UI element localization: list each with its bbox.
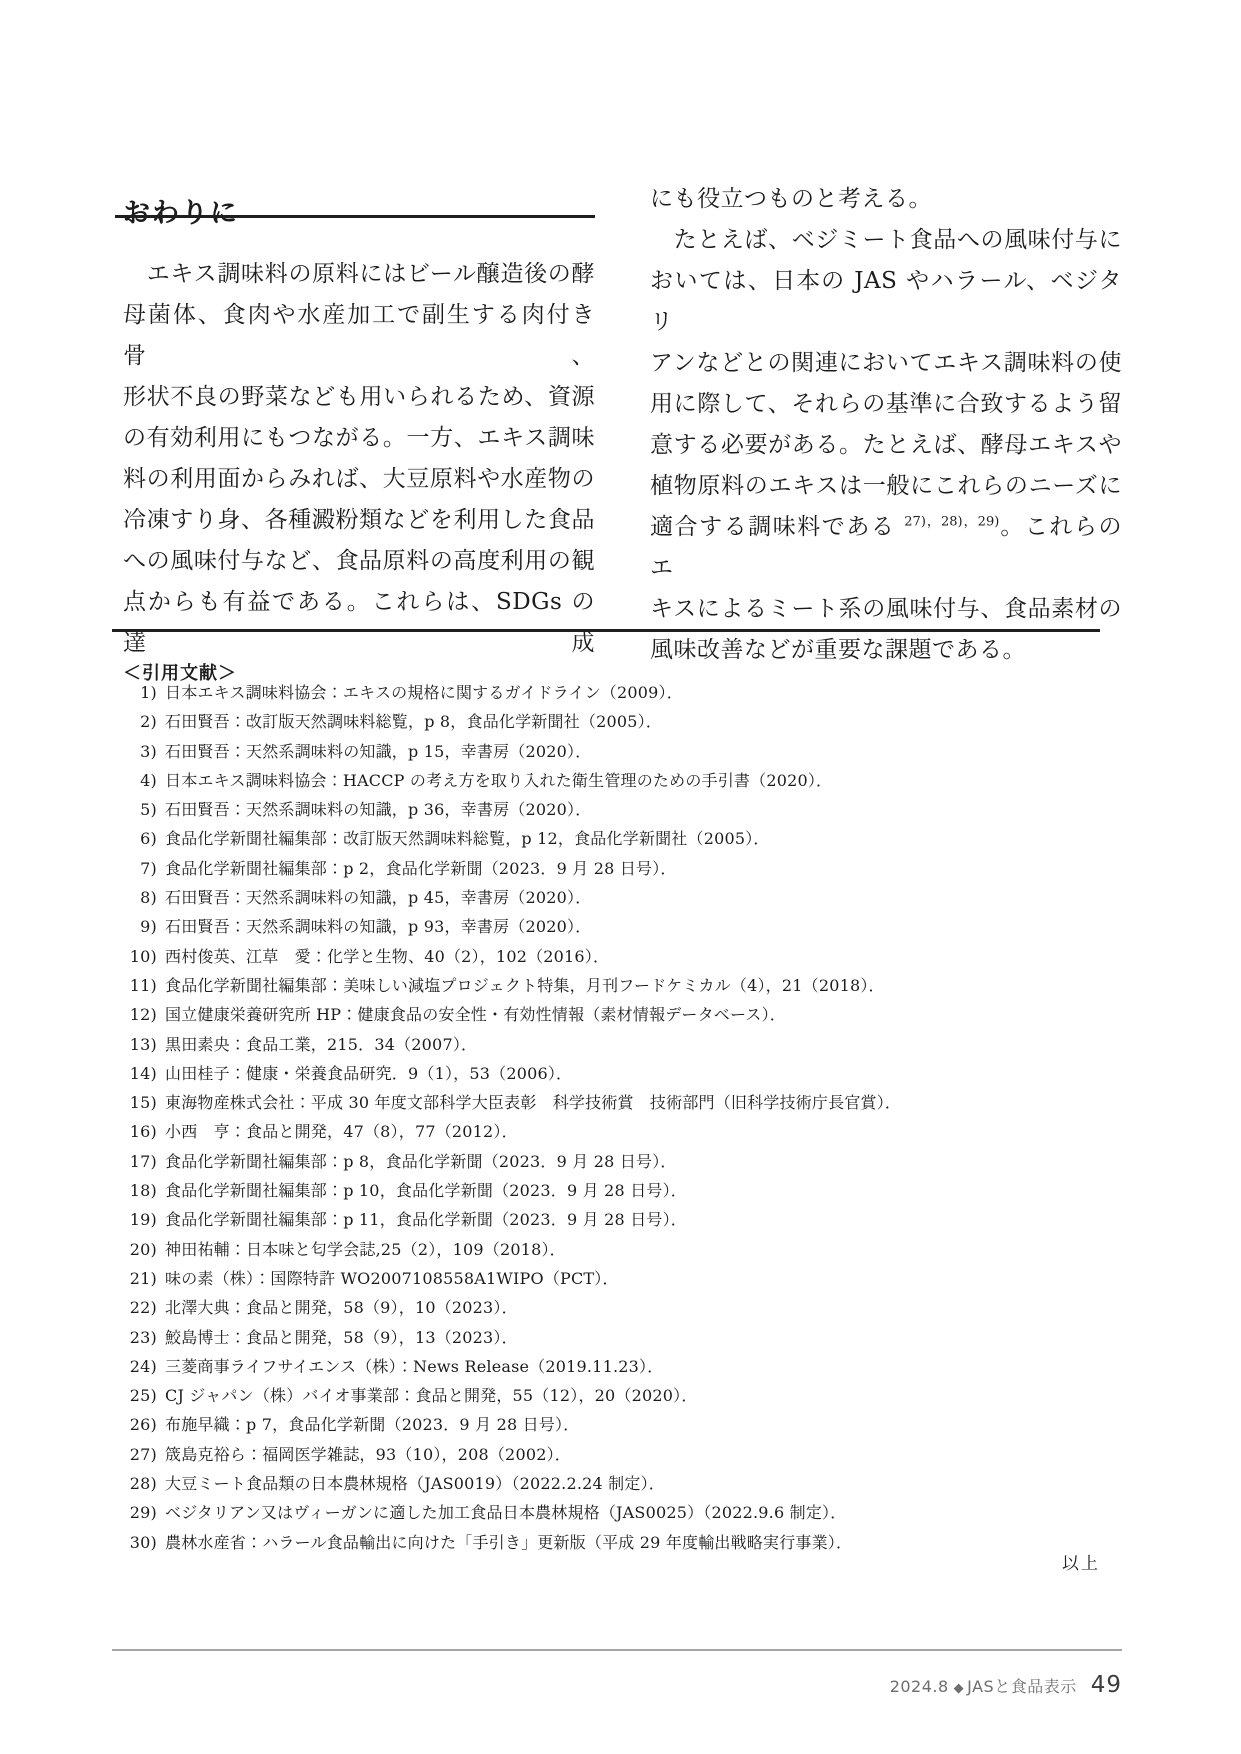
reference-item: 5) 石田賢吾：天然系調味料の知識，p 36，幸書房（2020）．: [123, 795, 1113, 824]
reference-text: 北澤大典：食品と開発，58（9），10（2023）．: [165, 1293, 518, 1322]
reference-item: 8) 石田賢吾：天然系調味料の知識，p 45，幸書房（2020）．: [123, 883, 1113, 912]
reference-text: 石田賢吾：改訂版天然調味料総覧，p 8，食品化学新聞社（2005）．: [165, 707, 662, 736]
reference-number: 4): [123, 766, 157, 795]
text-segment: 冷凍すり身、各種澱粉類などを利用した食品: [123, 507, 595, 533]
reference-item: 20) 神田祐輔：日本味と匂学会誌,25（2），109（2018）．: [123, 1235, 1113, 1264]
reference-number: 2): [123, 707, 157, 736]
body-line: アンなどとの関連においてエキス調味料の使: [650, 343, 1122, 384]
body-line: たとえば、ベジミート食品への風味付与に: [650, 220, 1122, 261]
reference-number: 12): [123, 1000, 157, 1029]
reference-number: 6): [123, 824, 157, 853]
reference-number: 3): [123, 737, 157, 766]
reference-item: 2) 石田賢吾：改訂版天然調味料総覧，p 8，食品化学新聞社（2005）．: [123, 707, 1113, 736]
footer-journal-title: JASと食品表示: [967, 1674, 1077, 1697]
reference-text: 石田賢吾：天然系調味料の知識，p 93，幸書房（2020）．: [165, 912, 591, 941]
text-segment: への風味付与など、食品原料の高度利用の観: [123, 548, 595, 574]
reference-number: 13): [123, 1030, 157, 1059]
reference-text: 国立健康栄養研究所 HP：健康食品の安全性・有効性情報（素材情報データベース）．: [165, 1000, 786, 1029]
reference-item: 10) 西村俊英、江草 愛：化学と生物、40（2），102（2016）．: [123, 942, 1113, 971]
reference-item: 7) 食品化学新聞社編集部：p 2，食品化学新聞（2023．9 月 28 日号）…: [123, 854, 1113, 883]
reference-item: 11) 食品化学新聞社編集部：美味しい減塩プロジェクト特集，月刊フードケミカル（…: [123, 971, 1113, 1000]
reference-text: 石田賢吾：天然系調味料の知識，p 15，幸書房（2020）．: [165, 737, 591, 766]
reference-item: 21) 味の素（株）：国際特許 WO2007108558A1WIPO（PCT）．: [123, 1264, 1113, 1293]
body-line: おいては、日本の JAS やハラール、ベジタリ: [650, 261, 1122, 343]
reference-number: 27): [123, 1440, 157, 1469]
reference-number: 10): [123, 942, 157, 971]
reference-text: 山田桂子：健康・栄養食品研究．9（1），53（2006）．: [165, 1059, 572, 1088]
reference-item: 18) 食品化学新聞社編集部：p 10，食品化学新聞（2023．9 月 28 日…: [123, 1176, 1113, 1205]
reference-text: 石田賢吾：天然系調味料の知識，p 36，幸書房（2020）．: [165, 795, 591, 824]
conclusion-right-column: にも役立つものと考える。 たとえば、ベジミート食品への風味付与においては、日本の…: [650, 179, 1122, 671]
reference-text: 東海物産株式会社：平成 30 年度文部科学大臣表彰 科学技術賞 技術部門（旧科学…: [165, 1088, 901, 1117]
reference-text: 鮫島博士：食品と開発，58（9），13（2023）．: [165, 1323, 518, 1352]
reference-text: 筬島克裕ら：福岡医学雑誌，93（10），208（2002）．: [165, 1440, 571, 1469]
reference-text: ベジタリアン又はヴィーガンに適した加工食品日本農林規格（JAS0025）（202…: [165, 1498, 846, 1527]
reference-number: 19): [123, 1205, 157, 1234]
reference-number: 8): [123, 883, 157, 912]
reference-number: 9): [123, 912, 157, 941]
reference-number: 25): [123, 1381, 157, 1410]
text-segment: の有効利用にもつながる。一方、エキス調味: [123, 425, 595, 451]
body-line: 適合する調味料である 27)，28)，29)。これらのエ: [650, 507, 1122, 589]
conclusion-left-column: エキス調味料の原料にはビール醸造後の酵母菌体、食肉や水産加工で副生する肉付き骨、…: [123, 254, 595, 664]
references-list: 1) 日本エキス調味料協会：エキスの規格に関するガイドライン（2009）． 2)…: [123, 678, 1113, 1557]
reference-item: 28) 大豆ミート食品類の日本農林規格（JAS0019）（2022.2.24 制…: [123, 1469, 1113, 1498]
reference-item: 26) 布施早織：p 7，食品化学新聞（2023．9 月 28 日号）．: [123, 1410, 1113, 1439]
body-line: 冷凍すり身、各種澱粉類などを利用した食品: [123, 500, 595, 541]
reference-item: 3) 石田賢吾：天然系調味料の知識，p 15，幸書房（2020）．: [123, 737, 1113, 766]
text-segment: 適合する調味料である: [650, 514, 904, 540]
reference-item: 25) CJ ジャパン（株）バイオ事業部：食品と開発，55（12），20（202…: [123, 1381, 1113, 1410]
reference-number: 21): [123, 1264, 157, 1293]
text-segment: 意する必要がある。たとえば、酵母エキスや: [650, 432, 1122, 458]
reference-text: 食品化学新聞社編集部：p 11，食品化学新聞（2023．9 月 28 日号）．: [165, 1205, 687, 1234]
footer-page-number: 49: [1091, 1672, 1122, 1698]
reference-text: 大豆ミート食品類の日本農林規格（JAS0019）（2022.2.24 制定）．: [165, 1469, 665, 1498]
reference-item: 19) 食品化学新聞社編集部：p 11，食品化学新聞（2023．9 月 28 日…: [123, 1205, 1113, 1234]
reference-text: 食品化学新聞社編集部：p 8，食品化学新聞（2023．9 月 28 日号）．: [165, 1147, 677, 1176]
text-segment: おいては、日本の JAS やハラール、ベジタリ: [650, 268, 1122, 335]
reference-number: 11): [123, 971, 157, 1000]
body-line: 料の利用面からみれば、大豆原料や水産物の: [123, 459, 595, 500]
reference-item: 23) 鮫島博士：食品と開発，58（9），13（2023）．: [123, 1323, 1113, 1352]
body-line: 植物原料のエキスは一般にこれらのニーズに: [650, 466, 1122, 507]
body-line: への風味付与など、食品原料の高度利用の観: [123, 541, 595, 582]
reference-text: 小西 亨：食品と開発，47（8），77（2012）．: [165, 1117, 518, 1146]
reference-item: 13) 黒田素央：食品工業，215．34（2007）．: [123, 1030, 1113, 1059]
conclusion-heading-rule: [115, 215, 595, 218]
reference-text: 日本エキス調味料協会：HACCP の考え方を取り入れた衛生管理のための手引書（2…: [165, 766, 832, 795]
text-segment: 風味改善などが重要な課題である。: [650, 637, 1026, 663]
text-segment: アンなどとの関連においてエキス調味料の使: [650, 350, 1122, 376]
reference-item: 14) 山田桂子：健康・栄養食品研究．9（1），53（2006）．: [123, 1059, 1113, 1088]
text-segment: 料の利用面からみれば、大豆原料や水産物の: [123, 466, 595, 492]
journal-page: おわりに エキス調味料の原料にはビール醸造後の酵母菌体、食肉や水産加工で副生する…: [0, 0, 1241, 1754]
body-line: 風味改善などが重要な課題である。: [650, 630, 1122, 671]
reference-number: 26): [123, 1410, 157, 1439]
reference-number: 23): [123, 1323, 157, 1352]
reference-text: 三菱商事ライフサイエンス（株）：News Release（2019.11.23）…: [165, 1352, 663, 1381]
reference-text: 黒田素央：食品工業，215．34（2007）．: [165, 1030, 477, 1059]
reference-item: 15) 東海物産株式会社：平成 30 年度文部科学大臣表彰 科学技術賞 技術部門…: [123, 1088, 1113, 1117]
body-line: キスによるミート系の風味付与、食品素材の: [650, 589, 1122, 630]
reference-text: 食品化学新聞社編集部：改訂版天然調味料総覧，p 12，食品化学新聞社（2005）…: [165, 824, 770, 853]
closing-mark: 以上: [123, 1552, 1100, 1576]
reference-number: 28): [123, 1469, 157, 1498]
reference-number: 22): [123, 1293, 157, 1322]
reference-text: 味の素（株）：国際特許 WO2007108558A1WIPO（PCT）．: [165, 1264, 619, 1293]
reference-item: 9) 石田賢吾：天然系調味料の知識，p 93，幸書房（2020）．: [123, 912, 1113, 941]
reference-number: 29): [123, 1498, 157, 1527]
text-segment: エキス調味料の原料にはビール醸造後の酵: [123, 261, 595, 287]
reference-number: 7): [123, 854, 157, 883]
references-top-rule: [112, 629, 1100, 632]
reference-item: 24) 三菱商事ライフサイエンス（株）：News Release（2019.11…: [123, 1352, 1113, 1381]
text-segment: 植物原料のエキスは一般にこれらのニーズに: [650, 473, 1122, 499]
reference-item: 22) 北澤大典：食品と開発，58（9），10（2023）．: [123, 1293, 1113, 1322]
reference-item: 12) 国立健康栄養研究所 HP：健康食品の安全性・有効性情報（素材情報データベ…: [123, 1000, 1113, 1029]
reference-number: 16): [123, 1117, 157, 1146]
reference-text: 石田賢吾：天然系調味料の知識，p 45，幸書房（2020）．: [165, 883, 591, 912]
body-line: の有効利用にもつながる。一方、エキス調味: [123, 418, 595, 459]
text-segment: たとえば、ベジミート食品への風味付与に: [650, 227, 1122, 253]
footer-rule: [112, 1649, 1122, 1651]
reference-item: 16) 小西 亨：食品と開発，47（8），77（2012）．: [123, 1117, 1113, 1146]
reference-number: 24): [123, 1352, 157, 1381]
reference-number: 14): [123, 1059, 157, 1088]
body-line: にも役立つものと考える。: [650, 179, 1122, 220]
reference-text: 食品化学新聞社編集部：p 10，食品化学新聞（2023．9 月 28 日号）．: [165, 1176, 687, 1205]
reference-item: 1) 日本エキス調味料協会：エキスの規格に関するガイドライン（2009）．: [123, 678, 1113, 707]
citation-superscript: 27)，28)，29): [904, 514, 999, 529]
text-segment: 用に際して、それらの基準に合致するよう留: [650, 391, 1122, 417]
reference-item: 6) 食品化学新聞社編集部：改訂版天然調味料総覧，p 12，食品化学新聞社（20…: [123, 824, 1113, 853]
reference-item: 27) 筬島克裕ら：福岡医学雑誌，93（10），208（2002）．: [123, 1440, 1113, 1469]
text-segment: キスによるミート系の風味付与、食品素材の: [650, 596, 1122, 622]
reference-item: 17) 食品化学新聞社編集部：p 8，食品化学新聞（2023．9 月 28 日号…: [123, 1147, 1113, 1176]
reference-text: 西村俊英、江草 愛：化学と生物、40（2），102（2016）．: [165, 942, 609, 971]
reference-item: 4) 日本エキス調味料協会：HACCP の考え方を取り入れた衛生管理のための手引…: [123, 766, 1113, 795]
reference-text: 食品化学新聞社編集部：p 2，食品化学新聞（2023．9 月 28 日号）．: [165, 854, 677, 883]
diamond-icon: ◆: [954, 1681, 965, 1696]
body-line: 点からも有益である。これらは、SDGs の達成: [123, 582, 595, 664]
reference-text: 食品化学新聞社編集部：美味しい減塩プロジェクト特集，月刊フードケミカル（4），2…: [165, 971, 885, 1000]
body-line: 形状不良の野菜なども用いられるため、資源: [123, 377, 595, 418]
reference-text: CJ ジャパン（株）バイオ事業部：食品と開発，55（12），20（2020）．: [165, 1381, 698, 1410]
reference-text: 布施早織：p 7，食品化学新聞（2023．9 月 28 日号）．: [165, 1410, 579, 1439]
text-segment: 形状不良の野菜なども用いられるため、資源: [123, 384, 595, 410]
body-line: エキス調味料の原料にはビール醸造後の酵: [123, 254, 595, 295]
reference-text: 日本エキス調味料協会：エキスの規格に関するガイドライン（2009）．: [165, 678, 683, 707]
reference-number: 17): [123, 1147, 157, 1176]
body-line: 意する必要がある。たとえば、酵母エキスや: [650, 425, 1122, 466]
reference-number: 20): [123, 1235, 157, 1264]
reference-number: 18): [123, 1176, 157, 1205]
text-segment: 点からも有益である。これらは、SDGs の達成: [123, 589, 595, 656]
reference-text: 神田祐輔：日本味と匂学会誌,25（2），109（2018）．: [165, 1235, 566, 1264]
footer-issue-date: 2024.8: [890, 1677, 949, 1696]
reference-number: 1): [123, 678, 157, 707]
text-segment: 母菌体、食肉や水産加工で副生する肉付き骨、: [123, 302, 595, 369]
body-line: 用に際して、それらの基準に合致するよう留: [650, 384, 1122, 425]
body-line: 母菌体、食肉や水産加工で副生する肉付き骨、: [123, 295, 595, 377]
reference-item: 29) ベジタリアン又はヴィーガンに適した加工食品日本農林規格（JAS0025）…: [123, 1498, 1113, 1527]
text-segment: にも役立つものと考える。: [650, 186, 932, 212]
reference-number: 5): [123, 795, 157, 824]
reference-number: 15): [123, 1088, 157, 1117]
footer: 2024.8 ◆ JASと食品表示 49: [890, 1672, 1122, 1698]
